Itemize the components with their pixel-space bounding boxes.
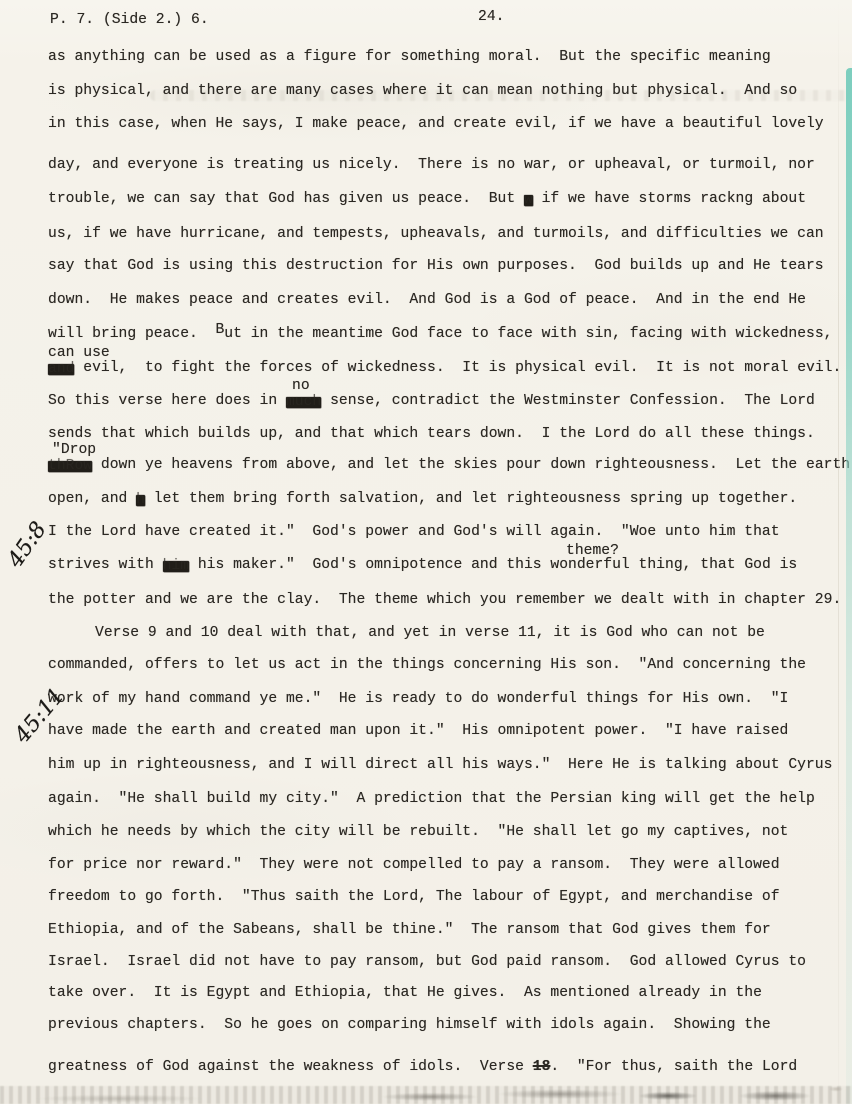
typed-line: take over. It is Egypt and Ethiopia, tha… [48,985,762,1001]
typed-line: thRow down ye heavens from above, and le… [48,457,850,473]
text-segment: freedom to go forth. "Thus saith the Lor… [48,889,780,905]
struck-out-text: 18 [533,1059,551,1075]
interline-insert: "Drop [52,442,96,458]
text-segment: ut in the meantime God face to face with… [224,326,832,342]
document-page: P. 7. (Side 2.) 6. 24. as anything can b… [0,0,852,1104]
typed-line: I the Lord have created it." God's power… [48,524,780,540]
interline-insert: can use [48,345,110,361]
scan-speck-artifact [818,1084,848,1094]
text-segment: Ethiopia, and of the Sabeans, shall be t… [48,922,771,938]
text-segment: previous chapters. So he goes on compari… [48,1017,771,1033]
text-segment: work of my hand command ye me." He is re… [48,691,788,707]
text-segment: is physical, and there are many cases wh… [48,83,797,99]
overstruck-word: much [286,397,321,408]
typed-line: him up in righteousness, and I will dire… [48,757,832,773]
text-segment: no [292,378,310,394]
typed-line: again. "He shall build my city." A predi… [48,791,815,807]
text-segment: his maker." God's omnipotence and this w… [189,557,797,573]
typed-line: strives with him his maker." God's omnip… [48,557,797,573]
page-number: 24. [478,9,504,25]
text-segment: So this verse here does in [48,393,286,409]
overstruck-word: and [48,364,74,375]
typed-line: us, if we have hurricane, and tempests, … [48,226,824,242]
typed-line: previous chapters. So he goes on compari… [48,1017,771,1033]
text-segment: strives with [48,557,163,573]
text-segment: open, and [48,491,136,507]
text-segment: day, and everyone is treating us nicely.… [48,157,815,173]
overstruck-word: h [136,495,145,506]
text-segment: in this case, when He says, I make peace… [48,116,824,132]
typed-line: for price nor reward." They were not com… [48,857,780,873]
text-segment: which he needs by which the city will be… [48,824,788,840]
typed-line: sends that which builds up, and that whi… [48,426,815,442]
overstruck-word: thRow [48,461,92,472]
typed-line: open, and h let them bring forth salvati… [48,491,797,507]
text-segment: let them bring forth salvation, and let … [145,491,797,507]
text-segment: greatness of God against the weakness of… [48,1059,533,1075]
text-segment: "Drop [52,442,96,458]
text-segment: him up in righteousness, and I will dire… [48,757,832,773]
typed-line: as anything can be used as a figure for … [48,49,771,65]
text-segment: will bring peace. [48,326,215,342]
typed-line: Ethiopia, and of the Sabeans, shall be t… [48,922,771,938]
raised-character: B [215,322,224,338]
typed-line: is physical, and there are many cases wh… [48,83,797,99]
text-segment: if we have storms rackng about [533,191,806,207]
typed-line: down. He makes peace and creates evil. A… [48,292,806,308]
typed-line: greatness of God against the weakness of… [48,1059,797,1075]
text-segment: take over. It is Egypt and Ethiopia, tha… [48,985,762,1001]
text-segment: sense, contradict the Westminster Confes… [321,393,815,409]
scan-edge-teal-strip [846,68,852,1104]
text-segment: down ye heavens from above, and let the … [92,457,850,473]
typed-line: say that God is using this destruction f… [48,258,824,274]
text-segment: for price nor reward." They were not com… [48,857,780,873]
text-segment: have made the earth and created man upon… [48,723,788,739]
text-segment: again. "He shall build my city." A predi… [48,791,815,807]
page-header-reference: P. 7. (Side 2.) 6. [50,12,209,28]
typed-line: the potter and we are the clay. The them… [48,592,841,608]
typed-line: freedom to go forth. "Thus saith the Lor… [48,889,780,905]
typed-line: which he needs by which the city will be… [48,824,788,840]
typed-line: day, and everyone is treating us nicely.… [48,157,815,173]
overstruck-word: him [163,561,189,572]
text-segment: I the Lord have created it." God's power… [48,524,780,540]
text-segment: down. He makes peace and creates evil. A… [48,292,806,308]
text-segment: can use [48,345,110,361]
typed-line: have made the earth and created man upon… [48,723,788,739]
text-segment: trouble, we can say that God has given u… [48,191,524,207]
text-segment: Israel. Israel did not have to pay ranso… [48,954,806,970]
typed-line: So this verse here does in much sense, c… [48,393,815,409]
text-segment: us, if we have hurricane, and tempests, … [48,226,824,242]
text-segment: the potter and we are the clay. The them… [48,592,841,608]
text-segment: Verse 9 and 10 deal with that, and yet i… [95,625,765,641]
margin-note-verse-ref: 45:8 [3,518,52,573]
text-segment: . "For thus, saith the Lord [550,1059,797,1075]
typed-line: work of my hand command ye me." He is re… [48,691,788,707]
text-segment: sends that which builds up, and that whi… [48,426,815,442]
text-segment: say that God is using this destruction f… [48,258,824,274]
overstruck-word: w [524,195,533,206]
typed-line: commanded, offers to let us act in the t… [48,657,806,673]
scan-bottom-smudge [0,1086,852,1104]
interline-insert: no [292,378,310,394]
text-segment: commanded, offers to let us act in the t… [48,657,806,673]
typed-line: will bring peace. But in the meantime Go… [48,326,832,342]
text-segment: evil, to fight the forces of wickedness.… [74,360,841,376]
text-segment: as anything can be used as a figure for … [48,49,771,65]
typed-line: trouble, we can say that God has given u… [48,191,806,207]
typed-line: in this case, when He says, I make peace… [48,116,824,132]
typed-line: Verse 9 and 10 deal with that, and yet i… [95,625,765,641]
typed-line: and evil, to fight the forces of wickedn… [48,360,841,376]
page-edge-crease [838,0,839,1104]
typed-line: Israel. Israel did not have to pay ranso… [48,954,806,970]
